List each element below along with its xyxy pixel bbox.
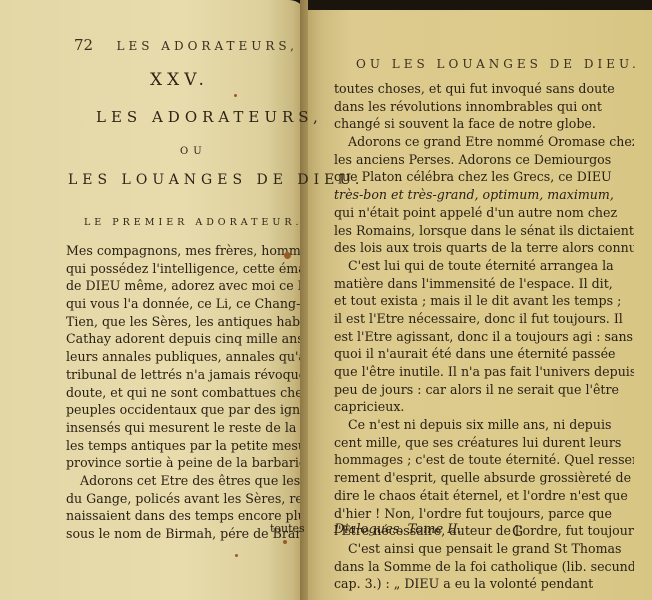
text-line: Ce n'est ni depuis six mille ans, ni dep… — [334, 416, 634, 434]
text-line: les temps antiques par la petite mesure … — [66, 437, 300, 455]
chapter-title-line1: LES ADORATEURS, — [96, 108, 323, 126]
text-line: que Platon célébra chez les Grecs, ce DI… — [334, 168, 634, 186]
text-line: il est l'Etre nécessaire, donc il fut to… — [334, 310, 634, 328]
right-running-head: OU LES LOUANGES DE DIEU. 73 — [356, 54, 652, 72]
text-line: Tien, que les Sères, les antiques habita… — [66, 313, 300, 331]
text-line: cent mille, que ses créatures lui durent… — [334, 434, 634, 452]
text-line: cap. 3.) : „ DIEU a eu la volonté pendan… — [334, 575, 634, 593]
text-line: C'est ainsi que pensait le grand St Thom… — [334, 540, 634, 558]
text-line: rement d'esprit, quelle absurde grossièr… — [334, 469, 634, 487]
text-line: peu de jours : car alors il ne serait qu… — [334, 381, 634, 399]
chapter-title-line2: OU — [180, 146, 207, 157]
left-running-head-text: LES ADORATEURS, — [117, 39, 298, 53]
text-line: dire le chaos était éternel, et l'ordre … — [334, 487, 634, 505]
text-line: de DIEU même, adorez avec moi ce DIEU — [66, 277, 300, 295]
footer-volume-text: Dialogues. Tome II. — [334, 522, 462, 537]
book-gutter — [300, 0, 308, 600]
right-page-body: toutes choses, et qui fut invoqué sans d… — [334, 80, 634, 593]
text-line: C'est lui qui de toute éternité arrangea… — [334, 257, 634, 275]
signature-mark: G — [512, 524, 523, 540]
foxing-spot — [235, 554, 238, 557]
foxing-spot — [234, 94, 237, 97]
text-line: insensés qui mesurent le reste de la ter… — [66, 419, 300, 437]
text-line: qui possédez l'intelligence, cette émana… — [66, 260, 300, 278]
text-line: dans les révolutions innombrables qui on… — [334, 98, 634, 116]
footer-volume: Dialogues. Tome II. — [334, 522, 462, 537]
text-line: Adorons cet Etre des êtres que les peupl… — [66, 472, 300, 490]
foxing-spot — [283, 540, 287, 544]
catchword: toutes — [270, 522, 305, 535]
book-spread: 72 LES ADORATEURS, XXV. LES ADORATEURS, … — [0, 0, 652, 600]
foxing-spot — [284, 252, 291, 259]
text-line: dans la Somme de la foi catholique (lib.… — [334, 558, 634, 576]
text-line: doute, et qui ne sont combattues chez le… — [66, 384, 300, 402]
text-line: naissaient dans des temps encore plus re… — [66, 507, 300, 525]
text-line: que l'être inutile. Il n'a pas fait l'un… — [334, 363, 634, 381]
text-line: et tout exista ; mais il le dit avant le… — [334, 292, 634, 310]
text-line: des lois aux trois quarts de la terre al… — [334, 239, 634, 257]
text-line: changé si souvent la face de notre globe… — [334, 115, 634, 133]
text-line: qui n'était point appelé d'un autre nom … — [334, 204, 634, 222]
chapter-number: XXV. — [150, 70, 209, 90]
text-line: est l'Etre agissant, donc il a toujours … — [334, 328, 634, 346]
text-line: Mes compagnons, mes frères, hommes — [66, 242, 300, 260]
text-line: Cathay adorent depuis cinq mille ans sel… — [66, 330, 300, 348]
text-line: quoi il n'aurait été dans une éternité p… — [334, 345, 634, 363]
text-line: toutes choses, et qui fut invoqué sans d… — [334, 80, 634, 98]
left-page-number: 72 — [74, 36, 93, 54]
chapter-title-line3: LES LOUANGES DE DIEU. — [68, 172, 364, 188]
text-line: capricieux. — [334, 398, 634, 416]
text-line: Adorons ce grand Etre nommé Oromase chez — [334, 133, 634, 151]
text-line: du Gange, policés avant les Sères, recon… — [66, 490, 300, 508]
text-line: peuples occidentaux que par des ignorans — [66, 401, 300, 419]
text-line: province sortie à peine de la barbarie. — [66, 454, 300, 472]
text-line: les anciens Perses. Adorons ce Demiourgo… — [334, 151, 634, 169]
text-line: très-bon et très-grand, optimum, maximum… — [334, 186, 634, 204]
text-line: tribunal de lettrés n'a jamais révoquées… — [66, 366, 300, 384]
left-page-body: Mes compagnons, mes frères, hommes qui p… — [66, 242, 300, 543]
right-running-head-text: OU LES LOUANGES DE DIEU. — [356, 57, 640, 71]
section-heading: LE PREMIER ADORATEUR. — [84, 217, 303, 228]
text-line: qui vous l'a donnée, ce Li, ce Chang-ti,… — [66, 295, 300, 313]
text-line: les Romains, lorsque dans le sénat ils d… — [334, 222, 634, 240]
text-line: hommages ; c'est de toute éternité. Quel… — [334, 451, 634, 469]
text-line: leurs annales publiques, annales qu'aucu… — [66, 348, 300, 366]
text-line: matière dans l'immensité de l'espace. Il… — [334, 275, 634, 293]
text-line: sous le nom de Birmah, pére de Brama et … — [66, 525, 300, 543]
text-line: d'hier ! Non, l'ordre fut toujours, parc… — [334, 505, 634, 523]
left-running-head: 72 LES ADORATEURS, — [74, 36, 298, 54]
